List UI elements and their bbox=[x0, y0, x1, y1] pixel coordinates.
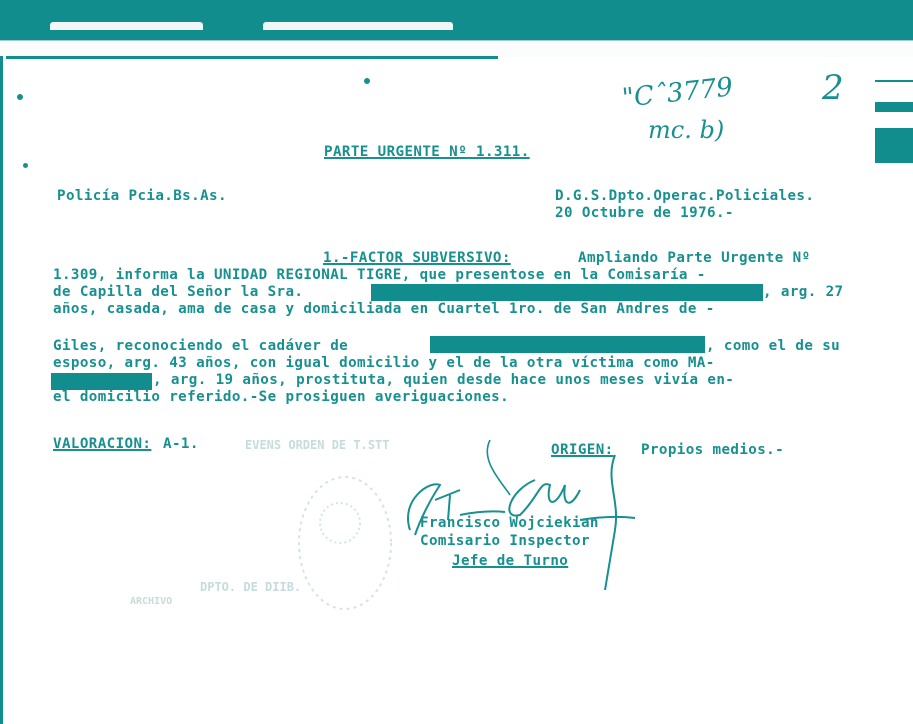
handwritten-reference: "Cˆ3779 bbox=[621, 72, 735, 113]
redaction-bar bbox=[51, 373, 152, 390]
document-date: 20 Octubre de 1976.- bbox=[555, 205, 734, 221]
valuation-label: VALORACION: bbox=[53, 436, 151, 452]
ink-speck bbox=[17, 94, 23, 100]
scan-left-edge bbox=[0, 56, 3, 724]
faint-stamp-text: EVENS ORDEN DE T.STT bbox=[245, 438, 390, 452]
valuation-value: A-1. bbox=[163, 436, 199, 452]
body-line: Ampliando Parte Urgente Nº bbox=[578, 250, 810, 266]
body-line: Giles, reconociendo el cadáver de bbox=[53, 338, 348, 354]
issuer-right: D.G.S.Dpto.Operac.Policiales. bbox=[555, 188, 814, 204]
document-title: PARTE URGENTE Nº 1.311. bbox=[324, 144, 530, 160]
ink-speck bbox=[364, 78, 370, 84]
scan-right-tab bbox=[875, 102, 913, 112]
scan-right-tab-line bbox=[875, 80, 913, 82]
origin-value: Propios medios.- bbox=[641, 442, 784, 458]
scan-edge-line bbox=[6, 56, 498, 59]
page-number: 2 bbox=[822, 68, 844, 108]
scan-binder-slot bbox=[263, 22, 453, 30]
body-line: , como el de su bbox=[706, 338, 840, 354]
body-line: , arg. 27 bbox=[763, 284, 843, 300]
section-label: 1.-FACTOR SUBVERSIVO: bbox=[323, 250, 511, 266]
issuer-left: Policía Pcia.Bs.As. bbox=[57, 188, 227, 204]
body-line: de Capilla del Señor la Sra. bbox=[53, 284, 303, 300]
body-line: esposo, arg. 43 años, con igual domicili… bbox=[53, 355, 715, 371]
seal-subtext: ARCHIVO bbox=[130, 596, 172, 607]
redaction-bar bbox=[371, 284, 763, 301]
official-seal-icon bbox=[290, 468, 400, 618]
body-line: 1.309, informa la UNIDAD REGIONAL TIGRE,… bbox=[53, 267, 706, 283]
handwritten-subreference: mc. b) bbox=[648, 116, 724, 144]
signatory-name: Francisco Wojciekian bbox=[420, 515, 599, 531]
seal-text: DPTO. DE DIIB. bbox=[200, 580, 301, 594]
scan-right-tab bbox=[875, 128, 913, 163]
signatory-rank: Comisario Inspector bbox=[420, 533, 590, 549]
body-line: el domicilio referido.-Se prosiguen aver… bbox=[53, 389, 509, 405]
scan-top-border bbox=[0, 0, 913, 40]
body-line: , arg. 19 años, prostituta, quien desde … bbox=[153, 372, 734, 388]
signatory-role: Jefe de Turno bbox=[452, 553, 568, 569]
ink-speck bbox=[23, 163, 28, 168]
body-line: años, casada, ama de casa y domiciliada … bbox=[53, 301, 715, 317]
scan-paper-strip bbox=[0, 40, 913, 57]
scan-binder-slot bbox=[50, 22, 203, 30]
redaction-bar bbox=[430, 336, 705, 353]
